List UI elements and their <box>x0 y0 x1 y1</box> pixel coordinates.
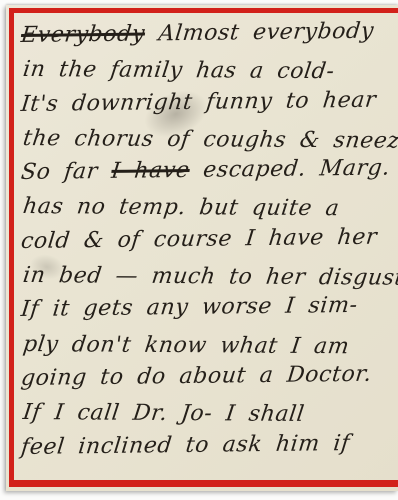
letter-text: Almost everybody <box>144 19 376 47</box>
strikethrough-text: I have <box>110 158 191 184</box>
strikethrough-text: Everybody <box>20 21 147 48</box>
letter-line: So far I have escaped. Marg. <box>19 152 398 191</box>
letter-text: the chorus of coughs & sneezes- <box>21 126 398 154</box>
letter-text: escaped. Marg. <box>188 156 391 183</box>
letter-text: So far <box>20 159 113 185</box>
letter-text: It's downright funny to hear <box>20 87 378 116</box>
letter-text: If I call Dr. Jo- I shall <box>21 400 306 427</box>
letter-line: Everybody Almost everybody <box>19 14 398 53</box>
letter-paper: Everybody Almost everybodyin the family … <box>6 5 398 491</box>
letter-text: If it gets any worse I sim- <box>20 293 359 322</box>
letter-line: cold & of course I have her <box>19 220 398 259</box>
letter-text: has no temp. but quite a <box>21 194 340 221</box>
letter-text: cold & of course I have her <box>20 224 379 253</box>
letter-text: in bed — much to her disgust. <box>21 263 398 291</box>
letter-text: feel inclined to ask him if <box>20 431 352 460</box>
letter-text: in the family has a cold- <box>21 57 336 84</box>
letter-line: feel inclined to ask him if <box>19 426 398 465</box>
letter-line: If it gets any worse I sim- <box>19 289 398 328</box>
letter-line: going to do about a Doctor. <box>19 357 398 396</box>
letter-line: It's downright funny to hear <box>19 83 398 122</box>
letter-body: Everybody Almost everybodyin the family … <box>21 19 396 477</box>
letter-text: going to do about a Doctor. <box>20 362 373 391</box>
letter-text: ply don't know what I am <box>21 332 350 359</box>
